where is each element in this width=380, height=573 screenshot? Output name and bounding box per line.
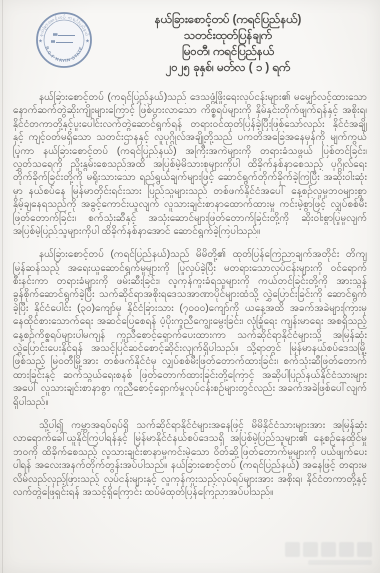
document-title-date: ၂၀၂၅ ခုနှစ်၊ မတ်လ ( ၁ ) ရက် bbox=[94, 60, 362, 76]
watermark-glyph bbox=[285, 542, 300, 557]
watermark-url-bar bbox=[308, 560, 372, 565]
title-block: နယ်ခြားစောင့်တပ် (ကရင်ပြည်နယ်) သတင်းထုတ်… bbox=[94, 10, 362, 76]
document-title-org: နယ်ခြားစောင့်တပ် (ကရင်ပြည်နယ်) bbox=[94, 12, 362, 28]
paragraph-line: နယ်ခြားစောင့်တပ် (ကရင်ပြည်နယ်)သည် မိမိတိ… bbox=[13, 248, 367, 261]
paragraph-line: လွှဲပြောင်းပေးနိုင်ရန် အသင့်ပြင်ဆင်စောင့… bbox=[13, 342, 367, 355]
watermark-glyph bbox=[321, 542, 336, 557]
paragraph-line: ရှိပါသည်။ bbox=[13, 396, 367, 409]
watermark-glyph bbox=[339, 542, 354, 557]
paragraph-line: လွှတ်သရေကို ညှိုးနွမ်းစေသည်အထိ အပြစ်မဲ့မ… bbox=[13, 158, 367, 171]
paragraph-line: ခွန်စိုက်ဆောင်ရွက်ခဲ့ပြီး သက်ဆိုင်ရာအစို… bbox=[13, 288, 367, 301]
paragraph-line: စီးနင်းကာ တရားခံများကို ဖမ်းဆီးခြင်း၊ လူ… bbox=[13, 275, 367, 288]
paragraph: နယ်ခြားစောင့်တပ် (ကရင်ပြည်နယ်)သည် မိမိတိ… bbox=[13, 248, 367, 409]
paragraph-line: ပြုကာ နယ်ခြားစောင့်တပ် (ကရင်ပြည်နယ်) အကြ… bbox=[13, 145, 367, 158]
seal-field-label-1 bbox=[53, 33, 58, 36]
paragraph-line: နှိမ့်ချနေရသည်ကို အခွင့်ကောင်းယူလျက် လူသ… bbox=[13, 198, 367, 211]
seal-star-left-icon: ★ bbox=[38, 39, 43, 45]
paragraph-line: လက်တွဲဖြေရှင်းရန် အသင့်ရှိကြောင်း ထပ်မံထ… bbox=[13, 486, 367, 499]
document-title-place: မြဝတီ၊ ကရင်ပြည်နယ် bbox=[94, 44, 362, 60]
paragraph-line: မှာ နယ်စပ်နေ မြန်မာတိုင်းရင်းသား ပြည်သူမ… bbox=[13, 185, 367, 198]
watermark-glyphs bbox=[285, 542, 372, 557]
press-release-document: နယ်ခြားစောင့်တပ် ကရင်ပြည်နယ် B.G.F KAYIN… bbox=[0, 0, 380, 573]
paragraph-line: အပြစ်မဲ့ပြည်သူများကိုပါ ထိခိုက်နစ်နာအောင… bbox=[13, 225, 367, 238]
paragraphs: နယ်ခြားစောင့်တပ် (ကရင်ပြည်နယ်)သည် ဒေသဖွံ… bbox=[13, 91, 367, 499]
paragraph-line: လာရောက်ခေါ်ယူနိုင်ကြပါရန်နှင့် မြန်မာနို… bbox=[13, 432, 367, 445]
paragraph: သို့ပါ၍ ကမ္ဘာအရပ်ရပ်ရှိ သက်ဆိုင်ရာနိုင်င… bbox=[13, 419, 367, 499]
paragraph-line: လိမ်လည်လှည့်ဖြားသည့် လုပ်ငန်းများနှင့် လ… bbox=[13, 473, 367, 486]
paragraph-line: ပါရန် အလေးအနက်တိုက်တွန်းအပ်ပါသည်။ နယ်ခြာ… bbox=[13, 459, 367, 472]
paragraph-line: အပေါ် လူသားချင်းစာနာစွာ ကူညီစောင့်ရှောက်… bbox=[13, 382, 367, 395]
bgf-kayin-state-seal-icon: နယ်ခြားစောင့်တပ် ကရင်ပြည်နယ် B.G.F KAYIN… bbox=[34, 10, 94, 70]
watermark-glyph bbox=[357, 542, 372, 557]
document-title-type: သတင်းထုတ်ပြန်ချက် bbox=[94, 28, 362, 44]
watermark-glyph bbox=[303, 542, 318, 557]
paragraph-line: ဖြစ်သည့် မြဝတီမြို့အား တစ်ဖက်နိုင်ငံမှ လ… bbox=[13, 355, 367, 368]
paragraph-line: နှင့် ကျင့်ဝတ်မရှိသော သတင်းဌာနနှင့် လူပု… bbox=[13, 131, 367, 144]
paragraph-line: သို့ပါ၍ ကမ္ဘာအရပ်ရပ်ရှိ သက်ဆိုင်ရာနိုင်င… bbox=[13, 419, 367, 432]
paragraph-line: မြန်ဆန်သည့် အရေးယူဆောင်ရွက်မှုများကို ပြ… bbox=[13, 262, 367, 275]
paragraph: နယ်ခြားစောင့်တပ် (ကရင်ပြည်နယ်)သည် ဒေသဖွံ… bbox=[13, 91, 367, 238]
paragraph-line: ဘဝကို ထိခိုက်စေသည့် လူသားချင်းစာနာမှုကင်… bbox=[13, 446, 367, 459]
paragraph-line: နောက်ဆက်တွဲဆိုးကျိုးများကြောင့် ဖြစ်ပွား… bbox=[13, 104, 367, 117]
seal-star-right-icon: ★ bbox=[85, 39, 90, 45]
document-header: နယ်ခြားစောင့်တပ် ကရင်ပြည်နယ် B.G.F KAYIN… bbox=[0, 0, 380, 76]
paragraph-line: နိုင်ငံတကာတို့နှင့်ပူးပေါင်းလက်တွဲဆောင်ရ… bbox=[13, 118, 367, 131]
paragraph-line: ခဲ့ပြီး နိုင်ငံပေါင်း (၃၀)ကျော်မှ နိုင်င… bbox=[13, 302, 367, 315]
seal-field-label-2 bbox=[51, 40, 55, 43]
paragraph-line: ထားခြင်းနှင့် ဆက်သွယ်ရေးစနစ် ဖြတ်တောက်ထာ… bbox=[13, 369, 367, 382]
paragraph-line: နယ်ခြားစောင့်တပ် (ကရင်ပြည်နယ်)သည် ဒေသဖွံ… bbox=[13, 91, 367, 104]
paragraph-line: နေထိုင်စားသောက်ရေး အဆင်ပြေစေရန် ပံ့ပိုးက… bbox=[13, 315, 367, 328]
watermark bbox=[285, 542, 372, 565]
paragraph-line: ဖြတ်တောက်ခြင်း၊ စက်သုံးဆီနှင့် အသုံးဆောင… bbox=[13, 212, 367, 225]
paragraph-line: တိုက်ခိုက်ခြင်းတို့ကို မရိုးသားသော ရည်ရွ… bbox=[13, 171, 367, 184]
paragraph-line: နေ့စဉ်ကိစ္စရပ်များပါမကျန် ကူညီစောင့်ရှော… bbox=[13, 329, 367, 342]
